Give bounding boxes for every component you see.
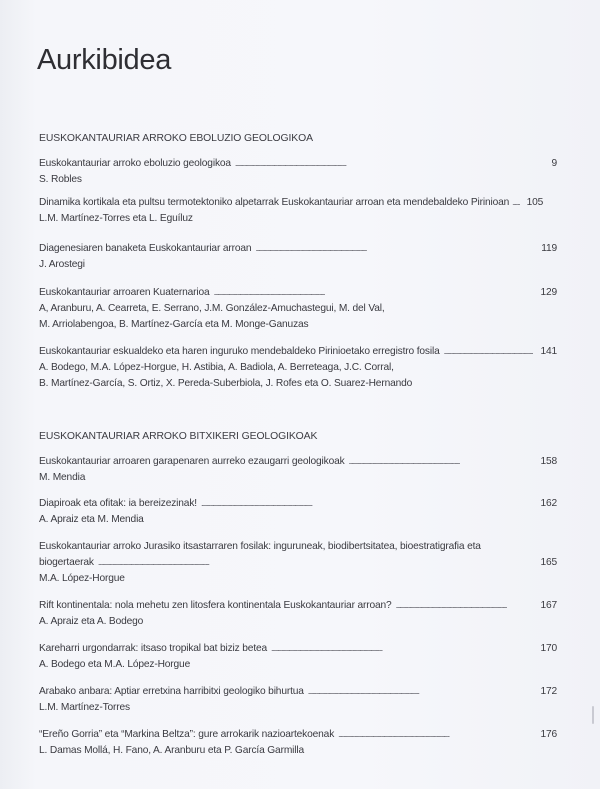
page-title: Aurkibidea <box>37 44 171 77</box>
toc-entry[interactable]: Diagenesiaren banaketa Euskokantauriar a… <box>39 241 557 273</box>
entry-title: biogertaerak <box>39 555 94 571</box>
leader-dots <box>98 555 533 571</box>
entry-authors: M. Arriolabengoa, B. Martínez-García eta… <box>39 317 557 333</box>
entry-title: Dinamika kortikala eta pultsu termotekto… <box>39 195 509 211</box>
leader-dots <box>235 156 533 172</box>
page-number: 158 <box>537 454 557 470</box>
entry-authors: A. Bodego, M.A. López-Horgue, H. Astibia… <box>39 360 557 376</box>
toc-entry[interactable]: “Ereño Gorria” eta “Markina Beltza”: gur… <box>39 727 557 759</box>
page-number: 105 <box>523 195 543 211</box>
toc-entry[interactable]: Rift kontinentala: nola mehetu zen litos… <box>39 598 557 630</box>
section-heading: EUSKOKANTAURIAR ARROKO BITXIKERI GEOLOGI… <box>39 431 317 442</box>
entry-title: Diapiroak eta ofitak: ia bereizezinak! <box>39 496 197 512</box>
leader-dots <box>349 454 533 470</box>
leader-dots <box>214 285 533 301</box>
toc-entry[interactable]: Arabako anbara: Aptiar erretxina harribi… <box>39 684 557 716</box>
entry-authors: B. Martínez-García, S. Ortiz, X. Pereda-… <box>39 376 557 392</box>
entry-authors: M.A. López-Horgue <box>39 571 557 587</box>
entry-title-line1: Euskokantauriar arroko Jurasiko itsastar… <box>39 539 481 555</box>
leader-dots <box>271 641 533 657</box>
entry-authors: A. Apraiz eta M. Mendia <box>39 512 557 528</box>
entry-title: Arabako anbara: Aptiar erretxina harribi… <box>39 684 304 700</box>
leader-dots <box>338 727 533 743</box>
toc-entry[interactable]: Euskokantauriar arroaren garapenaren aur… <box>39 454 557 486</box>
leader-dots <box>255 241 533 257</box>
entry-authors: A. Apraiz eta A. Bodego <box>39 614 557 630</box>
entry-title: Rift kontinentala: nola mehetu zen litos… <box>39 598 392 614</box>
page-number: 162 <box>537 496 557 512</box>
leader-dots <box>444 344 533 360</box>
entry-title: Euskokantauriar eskualdeko eta haren ing… <box>39 344 440 360</box>
page-edge-mark <box>592 706 594 724</box>
section-heading: EUSKOKANTAURIAR ARROKO EBOLUZIO GEOLOGIK… <box>39 133 313 144</box>
toc-entry[interactable]: Euskokantauriar arroko Jurasiko itsastar… <box>39 539 557 587</box>
toc-entry[interactable]: Dinamika kortikala eta pultsu termotekto… <box>39 195 557 227</box>
entry-authors: M. Mendia <box>39 470 557 486</box>
leader-dots <box>396 598 533 614</box>
entry-title: Euskokantauriar arroko eboluzio geologik… <box>39 156 231 172</box>
page-number: 170 <box>537 641 557 657</box>
toc-entry[interactable]: Diapiroak eta ofitak: ia bereizezinak!16… <box>39 496 557 528</box>
page-number: 176 <box>537 727 557 743</box>
toc-entry[interactable]: Euskokantauriar eskualdeko eta haren ing… <box>39 344 557 392</box>
page-number: 119 <box>537 241 557 257</box>
leader-dots <box>201 496 533 512</box>
entry-authors: J. Arostegi <box>39 257 557 273</box>
toc-entry[interactable]: Euskokantauriar arroaren Kuaternarioa129… <box>39 285 557 333</box>
toc-entry[interactable]: Kareharri urgondarrak: itsaso tropikal b… <box>39 641 557 673</box>
page-number: 165 <box>537 555 557 571</box>
page-number: 9 <box>537 156 557 172</box>
page-number: 129 <box>537 285 557 301</box>
page-number: 167 <box>537 598 557 614</box>
entry-authors: A, Aranburu, A. Cearreta, E. Serrano, J.… <box>39 301 557 317</box>
entry-title: Euskokantauriar arroaren garapenaren aur… <box>39 454 345 470</box>
entry-authors: L.M. Martínez-Torres <box>39 700 557 716</box>
entry-title: “Ereño Gorria” eta “Markina Beltza”: gur… <box>39 727 334 743</box>
entry-authors: S. Robles <box>39 172 557 188</box>
toc-entry[interactable]: Euskokantauriar arroko eboluzio geologik… <box>39 156 557 188</box>
entry-title: Kareharri urgondarrak: itsaso tropikal b… <box>39 641 267 657</box>
entry-authors: L.M. Martínez-Torres eta L. Eguíluz <box>39 211 557 227</box>
page-number: 172 <box>537 684 557 700</box>
entry-title: Euskokantauriar arroaren Kuaternarioa <box>39 285 210 301</box>
entry-authors: L. Damas Mollá, H. Fano, A. Aranburu eta… <box>39 743 557 759</box>
leader-dots <box>308 684 533 700</box>
entry-title: Diagenesiaren banaketa Euskokantauriar a… <box>39 241 251 257</box>
book-page: Aurkibidea EUSKOKANTAURIAR ARROKO EBOLUZ… <box>0 0 600 789</box>
leader-dots <box>512 195 520 211</box>
page-number: 141 <box>537 344 557 360</box>
entry-authors: A. Bodego eta M.A. López-Horgue <box>39 657 557 673</box>
